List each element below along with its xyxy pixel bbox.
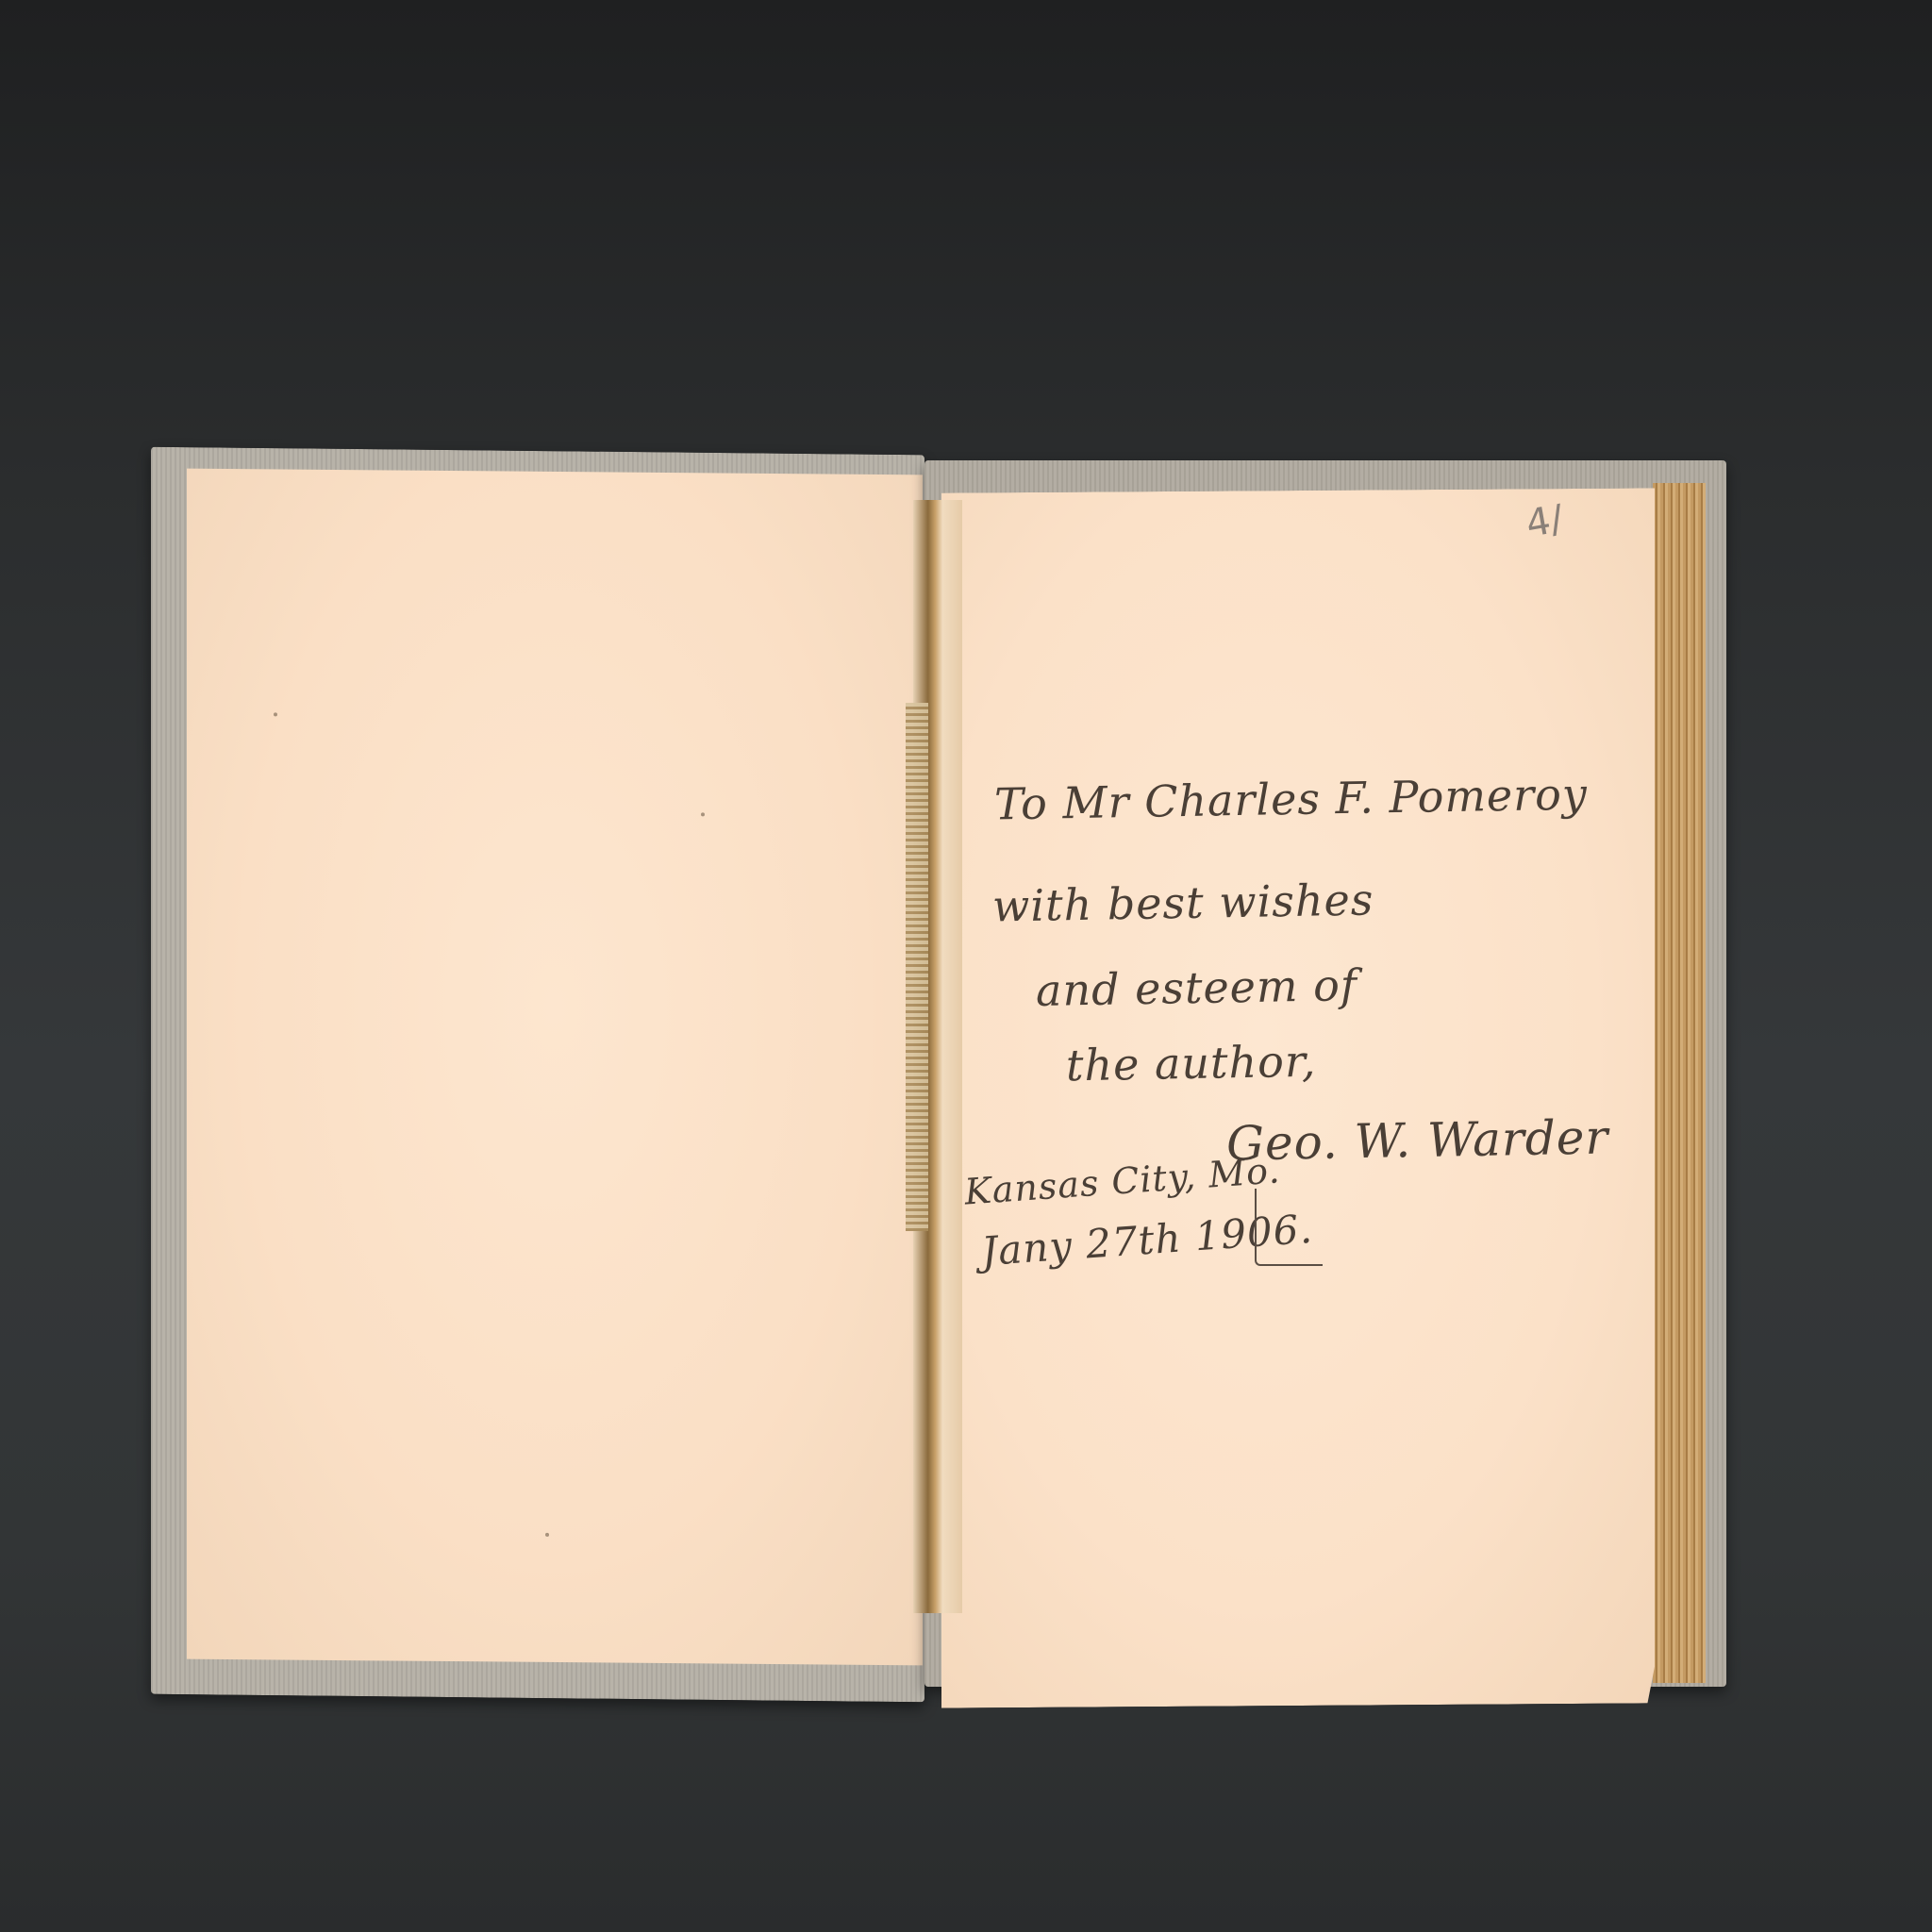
author-signature: Geo. W. Warder (1226, 1109, 1609, 1171)
pencil-mark: 4/ (1523, 497, 1566, 546)
inscription-line-1: To Mr Charles F. Pomeroy (994, 769, 1589, 830)
exposed-mull-cloth (906, 703, 928, 1231)
inscription-line-3: and esteem of (1036, 959, 1358, 1016)
right-flyleaf-page (941, 488, 1655, 1707)
inscription-line-4: the author, (1066, 1036, 1317, 1091)
foxing-spot (274, 712, 277, 716)
date-flourish (1255, 1189, 1323, 1266)
foxing-spot (545, 1533, 549, 1537)
inscription-line-2: with best wishes (992, 874, 1374, 931)
text-block-fore-edge (1653, 483, 1706, 1683)
foxing-spot (701, 812, 705, 816)
photo-scene: 4/ To Mr Charles F. Pomeroy with best wi… (0, 0, 1932, 1932)
left-pastedown-page (187, 469, 923, 1666)
